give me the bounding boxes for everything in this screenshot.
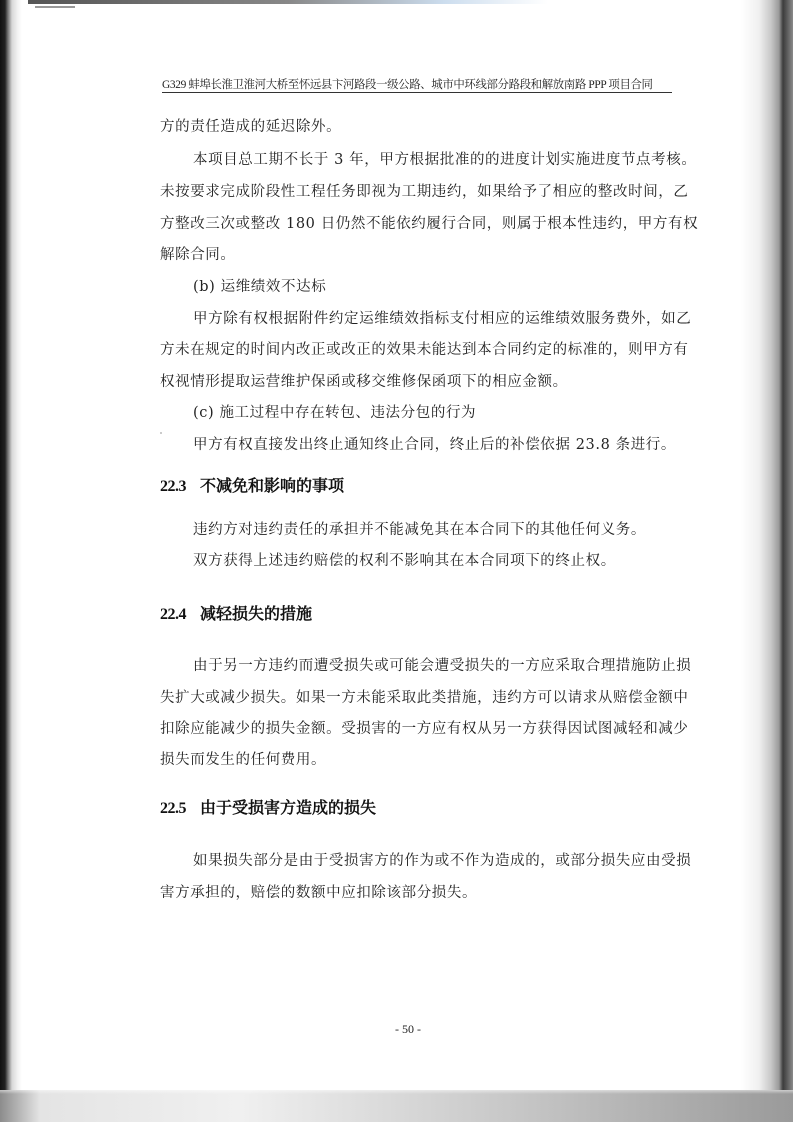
scan-edge-bottom — [0, 1090, 793, 1122]
section-title: 不减免和影响的事项 — [200, 476, 344, 495]
paragraph-line: 由于另一方违约而遭受损失或可能会遭受损失的一方应采取合理措施防止损 — [193, 657, 691, 675]
scan-edge-top — [28, 0, 548, 4]
scan-edge-right — [741, 0, 793, 1122]
section-heading-22-4: 22.4减轻损失的措施 — [160, 604, 312, 625]
running-header: G329 蚌埠长淮卫淮河大桥至怀远县卞河路段一级公路、城市中环线部分路段和解放南… — [162, 78, 672, 93]
scan-edge-left — [0, 0, 22, 1122]
paragraph-line: 扣除应能减少的损失金额。受损害的一方应有权从另一方获得因试图减轻和减少 — [160, 720, 689, 738]
paragraph-line: 害方承担的，赔偿的数额中应扣除该部分损失。 — [160, 884, 477, 902]
paragraph-line: 方的责任造成的延迟除外。 — [160, 118, 341, 136]
paragraph-line: 甲方有权直接发出终止通知终止合同，终止后的补偿依据 23.8 条进行。 — [193, 436, 676, 454]
section-heading-22-3: 22.3不减免和影响的事项 — [160, 476, 344, 497]
paragraph-line: 权视情形提取运营维护保函或移交维修保函项下的相应金额。 — [160, 373, 568, 391]
item-b-heading: (b) 运维绩效不达标 — [193, 278, 326, 296]
section-heading-22-5: 22.5由于受损害方造成的损失 — [160, 798, 376, 819]
section-title: 由于受损害方造成的损失 — [200, 798, 376, 817]
paragraph-line: 双方获得上述违约赔偿的权利不影响其在本合同项下的终止权。 — [193, 552, 616, 570]
paragraph-line: 甲方除有权根据附件约定运维绩效指标支付相应的运维绩效服务费外，如乙 — [193, 310, 691, 328]
paragraph-line: 未按要求完成阶段性工程任务即视为工期违约，如果给予了相应的整改时间，乙 — [160, 183, 689, 201]
paragraph-line: 方未在规定的时间内改正或改正的效果未能达到本合同约定的标准的，则甲方有 — [160, 341, 689, 359]
section-number: 22.5 — [160, 800, 186, 817]
paragraph-line: 违约方对违约责任的承担并不能减免其在本合同下的其他任何义务。 — [193, 521, 646, 539]
scan-edge-top-mark — [35, 6, 75, 8]
paragraph-line: 方整改三次或整改 180 日仍然不能依约履行合同，则属于根本性违约，甲方有权 — [160, 215, 698, 233]
section-number: 22.3 — [160, 478, 186, 495]
item-c-heading: (c) 施工过程中存在转包、违法分包的行为 — [193, 404, 476, 422]
section-number: 22.4 — [160, 606, 186, 623]
paragraph-line: 失扩大或减少损失。如果一方未能采取此类措施，违约方可以请求从赔偿金额中 — [160, 689, 689, 707]
section-title: 减轻损失的措施 — [200, 604, 312, 623]
paragraph-line: 解除合同。 — [160, 246, 236, 264]
paragraph-line: 损失而发生的任何费用。 — [160, 751, 326, 769]
page-number: - 50 - — [395, 1022, 421, 1037]
paragraph-line: 如果损失部分是由于受损害方的作为或不作为造成的，或部分损失应由受损 — [193, 852, 691, 870]
paragraph-line: 本项目总工期不长于 3 年，甲方根据批准的的进度计划实施进度节点考核。 — [193, 151, 696, 169]
scan-speck — [160, 432, 162, 434]
